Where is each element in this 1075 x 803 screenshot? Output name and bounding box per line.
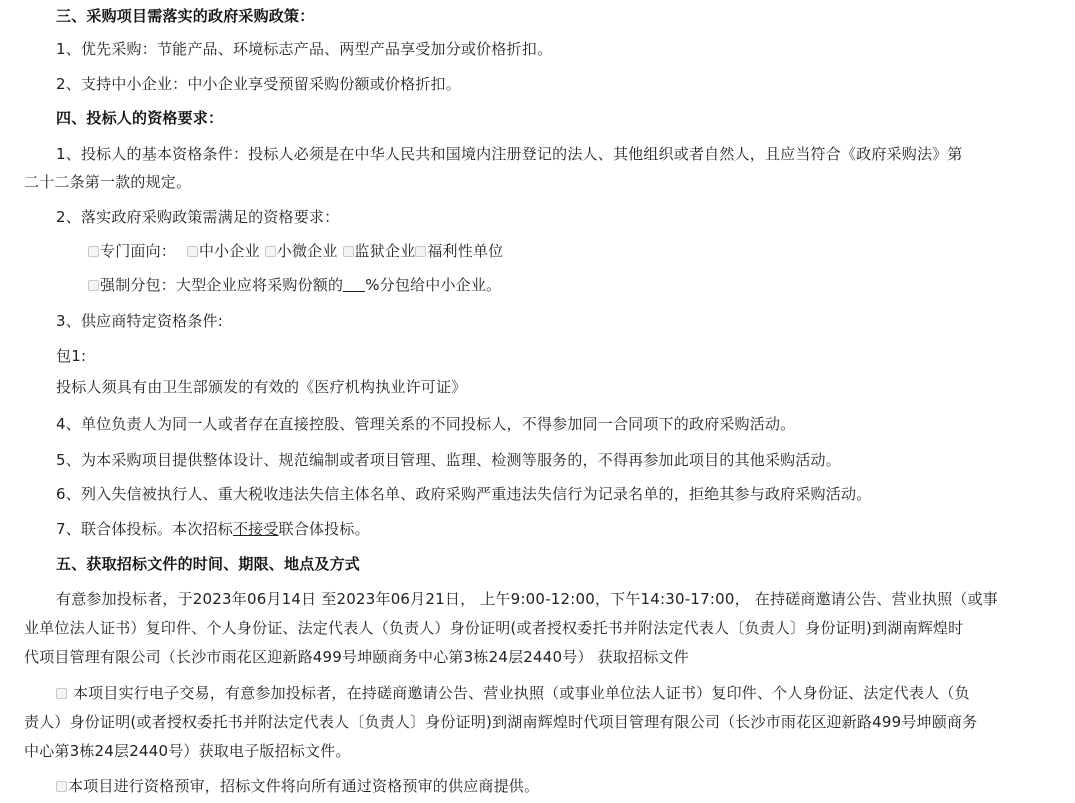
sme-checkbox[interactable] [187,246,198,257]
section4-title: 四、投标人的资格要求： [56,108,223,128]
section4-item-2: 2、落实政府采购政策需满足的资格要求： [56,207,339,227]
welfare-unit-checkbox[interactable] [415,246,426,257]
section5-para1-line-2: 业单位法人证书）复印件、个人身份证、法定代表人（负责人）身份证明(或者授权委托书… [24,618,963,638]
section4-item-6: 6、列入失信被执行人、重大税收违法失信主体名单、政府采购严重违法失信行为记录名单… [56,484,871,504]
prison-enterprise-label: 监狱企业 [355,242,416,260]
special-targeting-checkbox[interactable] [88,246,99,257]
micro-enterprise-label: 小微企业 [277,242,338,260]
section5-para2-line-3: 中心第3栋24层2440号）获取电子版招标文件。 [24,741,351,761]
package-label: 包1: [56,346,86,366]
item7-text-post: 联合体投标。 [279,520,370,538]
electronic-trade-checkbox[interactable] [56,688,67,699]
forced-subcontract-text-pre: 强制分包：大型企业应将采购份额的 [100,276,343,294]
section5-title: 五、获取招标文件的时间、期限、地点及方式 [56,554,360,574]
package-requirement: 投标人须具有由卫生部颁发的有效的《医疗机构执业许可证》 [56,377,466,397]
section4-item-1-line-1: 1、投标人的基本资格条件：投标人必须是在中华人民共和国境内注册登记的法人、其他组… [56,144,963,164]
welfare-unit-label: 福利性单位 [427,242,503,260]
section4-item-7: 7、联合体投标。本次招标不接受联合体投标。 [56,519,370,539]
subcontract-percent-blank [343,277,365,292]
micro-enterprise-checkbox[interactable] [265,246,276,257]
sme-label: 中小企业 [199,242,260,260]
forced-subcontract-text-post: %分包给中小企业。 [365,276,501,294]
prequalification-text: 本项目进行资格预审，招标文件将向所有通过资格预审的供应商提供。 [68,777,539,795]
section4-item-4: 4、单位负责人为同一人或者存在直接控股、管理关系的不同投标人，不得参加同一合同项… [56,414,795,434]
section3-item-2: 2、支持中小企业：中小企业享受预留采购份额或价格折扣。 [56,74,461,94]
section5-para2-line-2: 责人）身份证明(或者授权委托书并附法定代表人〔负责人〕身份证明)到湖南辉煌时代项… [24,712,977,732]
section5-para2-line-1: 本项目实行电子交易，有意参加投标者，在持磋商邀请公告、营业执照（或事业单位法人证… [56,683,970,703]
section4-item-3: 3、供应商特定资格条件: [56,311,223,331]
section5-para3: 本项目进行资格预审，招标文件将向所有通过资格预审的供应商提供。 [56,776,539,796]
section4-item-5: 5、为本采购项目提供整体设计、规范编制或者项目管理、监理、检测等服务的，不得再参… [56,450,841,470]
section3-title: 三、采购项目需落实的政府采购政策： [56,6,314,26]
forced-subcontract-row: 强制分包：大型企业应将采购份额的%分包给中小企业。 [88,275,501,295]
item7-text-pre: 7、联合体投标。本次招标 [56,520,233,538]
section4-item-1-line-2: 二十二条第一款的规定。 [24,172,191,192]
electronic-trade-text: 本项目实行电子交易，有意参加投标者，在持磋商邀请公告、营业执照（或事业单位法人证… [68,684,970,702]
prison-enterprise-checkbox[interactable] [343,246,354,257]
section5-para1-line-3: 代项目管理有限公司（长沙市雨花区迎新路499号坤颐商务中心第3栋24层2440号… [24,647,689,667]
special-targeting-row: 专门面向： 中小企业 小微企业 监狱企业福利性单位 [88,241,503,261]
section3-item-1: 1、优先采购：节能产品、环境标志产品、两型产品享受加分或价格折扣。 [56,39,552,59]
prequalification-checkbox[interactable] [56,781,67,792]
forced-subcontract-checkbox[interactable] [88,280,99,291]
special-targeting-label: 专门面向： [100,242,176,260]
section5-para1-line-1: 有意参加投标者，于2023年06月14日 至2023年06月21日， 上午9:0… [56,589,998,609]
item7-underlined: 不接受 [233,520,279,538]
